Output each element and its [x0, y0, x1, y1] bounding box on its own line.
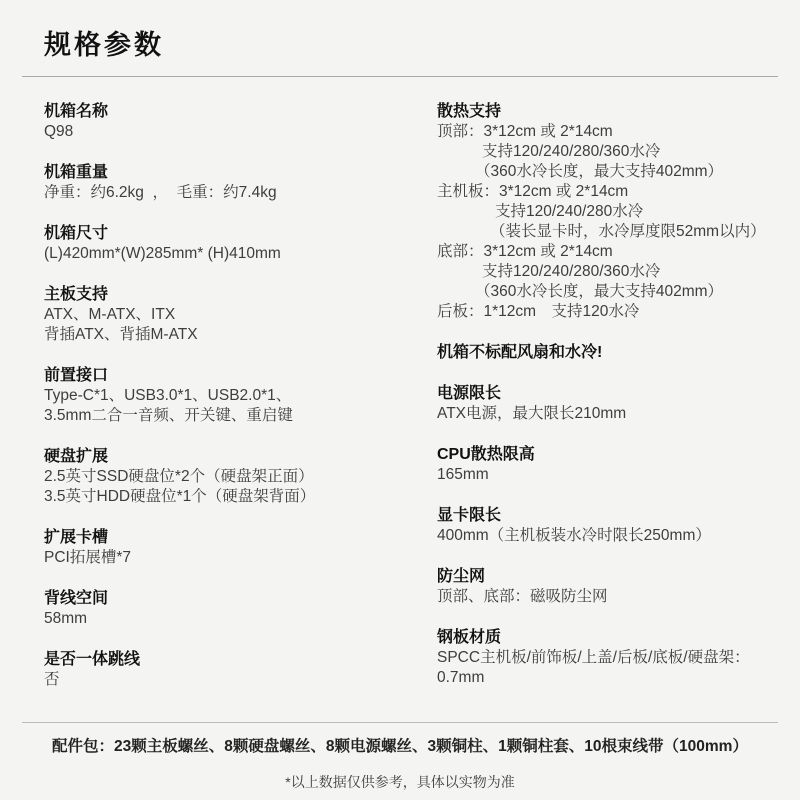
spec-section-motherboard-support: 主板支持 ATX、M-ATX、ITX 背插ATX、背插M-ATX	[44, 284, 437, 345]
spec-value-line: 165mm	[437, 465, 778, 485]
spec-value-line: PCI拓展槽*7	[44, 548, 437, 568]
spec-section-front-io: 前置接口 Type-C*1、USB3.0*1、USB2.0*1、 3.5mm二合…	[44, 365, 437, 426]
cooling-line-bottom: 底部：3*12cm 或 2*14cm	[437, 242, 778, 262]
top-divider	[22, 76, 778, 77]
spec-label: 主板支持	[44, 284, 437, 305]
spec-value-line: Q98	[44, 122, 437, 142]
spec-value-line: 0.7mm	[437, 668, 778, 688]
spec-label: 背线空间	[44, 588, 437, 609]
spec-label: 散热支持	[437, 101, 778, 122]
spec-label: 机箱名称	[44, 101, 437, 122]
spec-value-line: 背插ATX、背插M-ATX	[44, 325, 437, 345]
spec-value-line: 净重：约6.2kg ， 毛重：约7.4kg	[44, 183, 437, 203]
spec-section-cooling-support: 散热支持 顶部：3*12cm 或 2*14cm 支持120/240/280/36…	[437, 101, 778, 322]
spec-section-steel-material: 钢板材质 SPCC主机板/前饰板/上盖/后板/底板/硬盘架： 0.7mm	[437, 627, 778, 688]
spec-section-expansion-slots: 扩展卡槽 PCI拓展槽*7	[44, 527, 437, 568]
spec-label: 电源限长	[437, 383, 778, 404]
cooling-line-bottom-support: 支持120/240/280/360水冷	[437, 262, 778, 282]
spec-label: 钢板材质	[437, 627, 778, 648]
spec-value-line: 3.5英寸HDD硬盘位*1个（硬盘架背面）	[44, 487, 437, 507]
disclaimer-note: *以上数据仅供参考，具体以实物为准	[22, 773, 778, 791]
cooling-line-mainboard: 主机板：3*12cm 或 2*14cm	[437, 182, 778, 202]
spec-label: 显卡限长	[437, 505, 778, 526]
left-column: 机箱名称 Q98 机箱重量 净重：约6.2kg ， 毛重：约7.4kg 机箱尺寸…	[44, 101, 437, 710]
right-column: 散热支持 顶部：3*12cm 或 2*14cm 支持120/240/280/36…	[437, 101, 778, 710]
spec-value-line: 400mm（主机板装水冷时限长250mm）	[437, 526, 778, 546]
spec-section-cable-space: 背线空间 58mm	[44, 588, 437, 629]
spec-value-line: (L)420mm*(W)285mm* (H)410mm	[44, 244, 437, 264]
spec-value-line: 否	[44, 670, 437, 690]
spec-section-dust-filter: 防尘网 顶部、底部：磁吸防尘网	[437, 566, 778, 607]
spec-label: 前置接口	[44, 365, 437, 386]
spec-label: 硬盘扩展	[44, 446, 437, 467]
spec-section-gpu-length-limit: 显卡限长 400mm（主机板装水冷时限长250mm）	[437, 505, 778, 546]
spec-label: 机箱重量	[44, 162, 437, 183]
spec-label: 扩展卡槽	[44, 527, 437, 548]
cooling-line-bottom-note: （360水冷长度，最大支持402mm）	[437, 282, 778, 302]
spec-value-line: Type-C*1、USB3.0*1、USB2.0*1、	[44, 386, 437, 406]
page-title: 规格参数	[44, 30, 778, 60]
spec-label: 机箱尺寸	[44, 223, 437, 244]
spec-columns: 机箱名称 Q98 机箱重量 净重：约6.2kg ， 毛重：约7.4kg 机箱尺寸…	[22, 101, 778, 710]
cooling-line-top-note: （360水冷长度，最大支持402mm）	[437, 162, 778, 182]
spec-value-line: 3.5mm二合一音频、开关键、重启键	[44, 406, 437, 426]
spec-value-line: 2.5英寸SSD硬盘位*2个（硬盘架正面）	[44, 467, 437, 487]
no-fan-included-note: 机箱不标配风扇和水冷!	[437, 342, 778, 363]
spec-section-integrated-jumper: 是否一体跳线 否	[44, 649, 437, 690]
spec-section-drive-expansion: 硬盘扩展 2.5英寸SSD硬盘位*2个（硬盘架正面） 3.5英寸HDD硬盘位*1…	[44, 446, 437, 507]
cooling-line-rear: 后板：1*12cm 支持120水冷	[437, 302, 778, 322]
spec-value-line: 58mm	[44, 609, 437, 629]
cooling-line-mainboard-note: （装长显卡时，水冷厚度限52mm以内）	[437, 222, 778, 242]
spec-section-case-dimensions: 机箱尺寸 (L)420mm*(W)285mm* (H)410mm	[44, 223, 437, 264]
bottom-divider	[22, 722, 778, 723]
spec-value-line: SPCC主机板/前饰板/上盖/后板/底板/硬盘架：	[437, 648, 778, 668]
accessories-line: 配件包：23颗主板螺丝、8颗硬盘螺丝、8颗电源螺丝、3颗铜柱、1颗铜柱套、10根…	[22, 737, 778, 757]
spec-label: 防尘网	[437, 566, 778, 587]
spec-value-line: ATX、M-ATX、ITX	[44, 305, 437, 325]
spec-label: 是否一体跳线	[44, 649, 437, 670]
spec-value-line: ATX电源，最大限长210mm	[437, 404, 778, 424]
spec-sheet-page: 规格参数 机箱名称 Q98 机箱重量 净重：约6.2kg ， 毛重：约7.4kg…	[0, 0, 800, 800]
spec-section-case-weight: 机箱重量 净重：约6.2kg ， 毛重：约7.4kg	[44, 162, 437, 203]
spec-section-cpu-cooler-height-limit: CPU散热限高 165mm	[437, 444, 778, 485]
spec-section-case-name: 机箱名称 Q98	[44, 101, 437, 142]
spec-value-line: 顶部、底部：磁吸防尘网	[437, 587, 778, 607]
spec-label: CPU散热限高	[437, 444, 778, 465]
cooling-line-top-support: 支持120/240/280/360水冷	[437, 142, 778, 162]
spec-section-psu-length-limit: 电源限长 ATX电源，最大限长210mm	[437, 383, 778, 424]
cooling-line-mainboard-support: 支持120/240/280水冷	[437, 202, 778, 222]
cooling-line-top: 顶部：3*12cm 或 2*14cm	[437, 122, 778, 142]
